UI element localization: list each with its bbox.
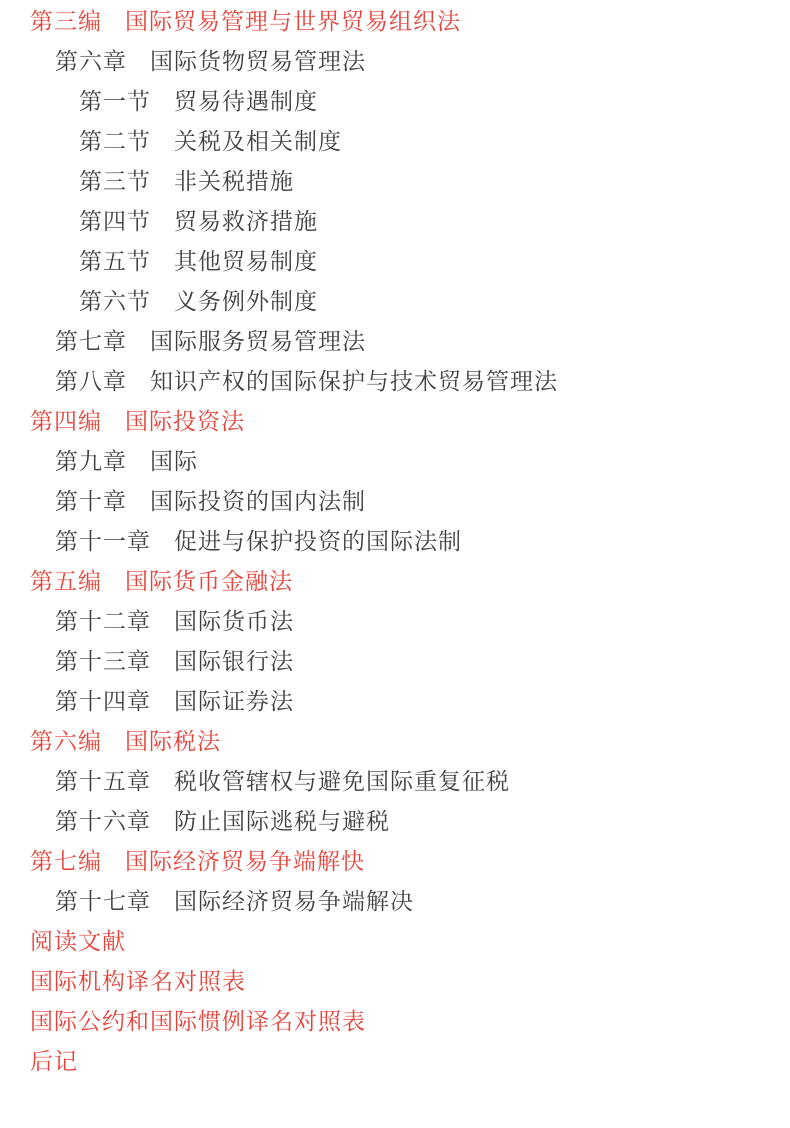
toc-entry-title: 国际服务贸易管理法 <box>150 328 366 354</box>
toc-entry-label: 第十六章 <box>55 808 151 834</box>
toc-entry[interactable]: 第三节非关税措施 <box>79 161 790 201</box>
toc-entry-title: 国际货物贸易管理法 <box>150 48 366 74</box>
toc-entry-title: 促进与保护投资的国际法制 <box>174 528 462 554</box>
toc-entry[interactable]: 第二节关税及相关制度 <box>79 121 790 161</box>
toc-entry-title: 国际 <box>150 448 198 474</box>
toc-entry-label: 第五编 <box>30 568 102 594</box>
toc-entry-title: 国际货币金融法 <box>125 568 293 594</box>
toc-entry-label: 第十三章 <box>55 648 151 674</box>
toc-entry-title: 国际证券法 <box>174 688 294 714</box>
toc-entry-label: 第十章 <box>55 488 127 514</box>
toc-entry[interactable]: 第四编国际投资法 <box>30 401 790 441</box>
toc-entry-title: 其他贸易制度 <box>174 248 318 274</box>
toc-entry-title: 国际银行法 <box>174 648 294 674</box>
toc-entry-title: 税收管辖权与避免国际重复征税 <box>174 768 510 794</box>
toc-entry[interactable]: 第三编国际贸易管理与世界贸易组织法 <box>30 1 790 41</box>
toc-entry-label: 第九章 <box>55 448 127 474</box>
toc-entry-title: 贸易救济措施 <box>174 208 318 234</box>
toc-entry-title: 阅读文献 <box>30 928 126 954</box>
toc-entry[interactable]: 第六章国际货物贸易管理法 <box>55 41 790 81</box>
toc-entry-title: 后记 <box>30 1048 78 1074</box>
toc-entry-label: 第六节 <box>79 288 151 314</box>
toc-entry-title: 国际贸易管理与世界贸易组织法 <box>125 8 461 34</box>
toc-entry-title: 国际经济贸易争端解快 <box>125 848 365 874</box>
toc-entry-label: 第一节 <box>79 88 151 114</box>
toc-entry-title: 国际经济贸易争端解决 <box>174 888 414 914</box>
toc-entry-label: 第七编 <box>30 848 102 874</box>
toc-entry[interactable]: 第十五章税收管辖权与避免国际重复征税 <box>55 761 790 801</box>
toc-entry[interactable]: 第四节贸易救济措施 <box>79 201 790 241</box>
toc-entry-title: 国际投资的国内法制 <box>150 488 366 514</box>
toc-entry[interactable]: 第十章国际投资的国内法制 <box>55 481 790 521</box>
toc-entry-label: 第十五章 <box>55 768 151 794</box>
toc-entry[interactable]: 第六编国际税法 <box>30 721 790 761</box>
toc-entry-label: 第四编 <box>30 408 102 434</box>
toc-entry-label: 第十四章 <box>55 688 151 714</box>
toc-entry[interactable]: 阅读文献 <box>30 921 790 961</box>
toc-entry-title: 义务例外制度 <box>174 288 318 314</box>
toc-entry[interactable]: 第六节义务例外制度 <box>79 281 790 321</box>
toc-entry[interactable]: 第九章国际 <box>55 441 790 481</box>
toc-entry[interactable]: 第十一章促进与保护投资的国际法制 <box>55 521 790 561</box>
toc-entry-label: 第四节 <box>79 208 151 234</box>
toc-entry[interactable]: 第五编国际货币金融法 <box>30 561 790 601</box>
toc-entry-label: 第三编 <box>30 8 102 34</box>
table-of-contents: 第三编国际贸易管理与世界贸易组织法第六章国际货物贸易管理法第一节贸易待遇制度第二… <box>0 0 790 1081</box>
toc-entry-title: 关税及相关制度 <box>174 128 342 154</box>
toc-entry-title: 国际投资法 <box>125 408 245 434</box>
toc-entry[interactable]: 国际机构译名对照表 <box>30 961 790 1001</box>
toc-entry-title: 防止国际逃税与避税 <box>174 808 390 834</box>
toc-entry[interactable]: 第十三章国际银行法 <box>55 641 790 681</box>
toc-entry-label: 第十二章 <box>55 608 151 634</box>
toc-entry-title: 知识产权的国际保护与技术贸易管理法 <box>150 368 558 394</box>
toc-entry[interactable]: 第十二章国际货币法 <box>55 601 790 641</box>
toc-entry[interactable]: 第十七章国际经济贸易争端解决 <box>55 881 790 921</box>
toc-entry-title: 国际货币法 <box>174 608 294 634</box>
toc-entry-label: 第六编 <box>30 728 102 754</box>
toc-entry-label: 第二节 <box>79 128 151 154</box>
toc-entry[interactable]: 国际公约和国际惯例译名对照表 <box>30 1001 790 1041</box>
toc-entry-label: 第六章 <box>55 48 127 74</box>
toc-entry-title: 国际机构译名对照表 <box>30 968 246 994</box>
toc-entry-title: 国际税法 <box>125 728 221 754</box>
toc-entry-label: 第八章 <box>55 368 127 394</box>
toc-entry[interactable]: 第十六章防止国际逃税与避税 <box>55 801 790 841</box>
toc-entry[interactable]: 第十四章国际证券法 <box>55 681 790 721</box>
toc-entry-label: 第七章 <box>55 328 127 354</box>
toc-entry[interactable]: 后记 <box>30 1041 790 1081</box>
toc-entry-label: 第十七章 <box>55 888 151 914</box>
toc-entry-title: 国际公约和国际惯例译名对照表 <box>30 1008 366 1034</box>
toc-entry[interactable]: 第七章国际服务贸易管理法 <box>55 321 790 361</box>
toc-entry[interactable]: 第七编国际经济贸易争端解快 <box>30 841 790 881</box>
toc-entry[interactable]: 第八章知识产权的国际保护与技术贸易管理法 <box>55 361 790 401</box>
toc-entry-label: 第五节 <box>79 248 151 274</box>
toc-entry-label: 第十一章 <box>55 528 151 554</box>
toc-entry[interactable]: 第五节其他贸易制度 <box>79 241 790 281</box>
toc-entry-label: 第三节 <box>79 168 151 194</box>
toc-entry-title: 非关税措施 <box>174 168 294 194</box>
toc-entry[interactable]: 第一节贸易待遇制度 <box>79 81 790 121</box>
toc-entry-title: 贸易待遇制度 <box>174 88 318 114</box>
